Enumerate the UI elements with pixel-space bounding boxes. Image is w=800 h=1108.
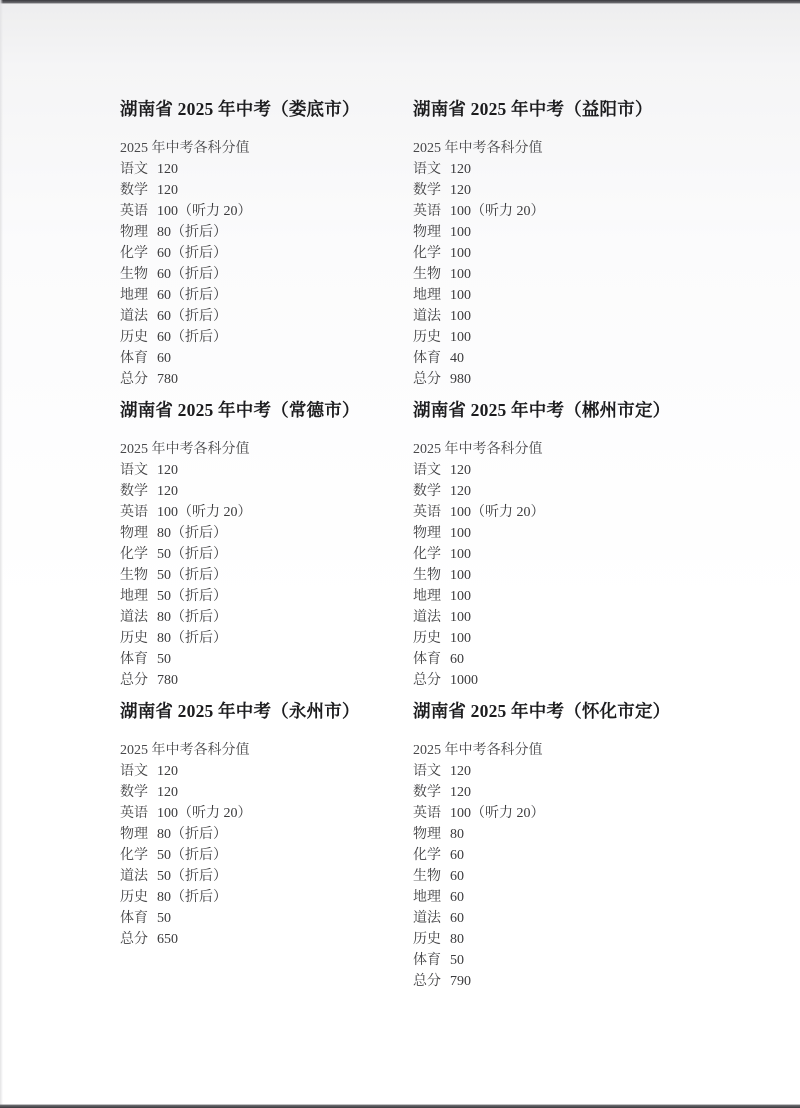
score-row: 物理100 [413, 222, 706, 243]
score-row: 历史80 [413, 929, 706, 950]
section-title: 湖南省 2025 年中考（常德市） [120, 397, 413, 422]
subject-value: 780 [157, 372, 178, 387]
photo-top-edge [0, 0, 800, 4]
subject-value: 60（折后） [157, 267, 227, 282]
subject-label: 英语 [413, 505, 441, 520]
section-subtitle: 2025 年中考各科分值 [413, 138, 706, 159]
subject-value: 100 [450, 568, 471, 583]
subject-value: 120 [450, 162, 471, 177]
section-loudi: 湖南省 2025 年中考（娄底市） 2025 年中考各科分值 语文120 数学1… [120, 96, 413, 390]
subject-label: 语文 [120, 764, 148, 779]
subject-value: 120 [157, 463, 178, 478]
subject-value: 100 [450, 225, 471, 240]
subject-label: 化学 [413, 848, 441, 863]
subject-label: 语文 [120, 162, 148, 177]
section-subtitle: 2025 年中考各科分值 [120, 138, 413, 159]
score-row: 化学60 [413, 845, 706, 866]
photo-left-edge [0, 0, 3, 1108]
subject-value: 60 [450, 890, 464, 905]
subject-value: 50（折后） [157, 869, 227, 884]
score-list: 语文120 数学120 英语100（听力 20） 物理80（折后） 化学60（折… [120, 159, 413, 390]
subject-value: 120 [157, 162, 178, 177]
score-row: 生物100 [413, 264, 706, 285]
score-row: 数学120 [120, 180, 413, 201]
score-row: 化学60（折后） [120, 243, 413, 264]
subject-value: 60 [450, 848, 464, 863]
subject-label: 物理 [413, 827, 441, 842]
score-row: 数学120 [413, 180, 706, 201]
score-row: 道法60（折后） [120, 306, 413, 327]
section-yongzhou: 湖南省 2025 年中考（永州市） 2025 年中考各科分值 语文120 数学1… [120, 698, 413, 992]
subject-label: 历史 [413, 932, 441, 947]
score-row: 物理100 [413, 523, 706, 544]
subject-label: 历史 [413, 330, 441, 345]
score-row: 历史100 [413, 628, 706, 649]
subject-label: 总分 [413, 974, 441, 989]
subject-label: 化学 [413, 547, 441, 562]
section-title: 湖南省 2025 年中考（怀化市定） [413, 698, 706, 723]
score-list: 语文120 数学120 英语100（听力 20） 物理80（折后） 化学50（折… [120, 460, 413, 691]
score-row: 地理100 [413, 285, 706, 306]
section-title: 湖南省 2025 年中考（娄底市） [120, 96, 413, 121]
subject-label: 体育 [120, 911, 148, 926]
subject-label: 道法 [413, 911, 441, 926]
score-row: 体育50 [413, 950, 706, 971]
section-huaihua: 湖南省 2025 年中考（怀化市定） 2025 年中考各科分值 语文120 数学… [413, 698, 706, 992]
subject-label: 数学 [413, 183, 441, 198]
subject-value: 80（折后） [157, 610, 227, 625]
subject-value: 80 [450, 827, 464, 842]
subject-label: 体育 [413, 953, 441, 968]
score-row: 语文120 [413, 159, 706, 180]
subject-value: 100 [450, 610, 471, 625]
subject-label: 英语 [120, 806, 148, 821]
score-row: 体育60 [413, 649, 706, 670]
subject-label: 历史 [120, 330, 148, 345]
score-row: 英语100（听力 20） [413, 803, 706, 824]
subject-value: 120 [450, 785, 471, 800]
score-row: 语文120 [413, 460, 706, 481]
score-row: 历史80（折后） [120, 628, 413, 649]
score-row: 道法100 [413, 607, 706, 628]
section-subtitle: 2025 年中考各科分值 [413, 740, 706, 761]
subject-label: 地理 [120, 288, 148, 303]
section-subtitle: 2025 年中考各科分值 [120, 439, 413, 460]
subject-label: 体育 [413, 652, 441, 667]
subject-value: 60 [157, 351, 171, 366]
score-row: 物理80 [413, 824, 706, 845]
subject-value: 120 [450, 764, 471, 779]
score-row: 总分780 [120, 670, 413, 691]
subject-label: 总分 [120, 673, 148, 688]
subject-label: 道法 [413, 610, 441, 625]
subject-label: 道法 [120, 869, 148, 884]
score-row: 总分790 [413, 971, 706, 992]
subject-value: 80（折后） [157, 225, 227, 240]
subject-value: 790 [450, 974, 471, 989]
subject-value: 120 [450, 183, 471, 198]
subject-value: 80（折后） [157, 526, 227, 541]
section-title: 湖南省 2025 年中考（益阳市） [413, 96, 706, 121]
subject-value: 1000 [450, 673, 478, 688]
subject-value: 120 [157, 764, 178, 779]
subject-label: 生物 [413, 267, 441, 282]
score-list: 语文120 数学120 英语100（听力 20） 物理80 化学60 生物60 … [413, 761, 706, 992]
subject-label: 道法 [120, 309, 148, 324]
subject-value: 80（折后） [157, 827, 227, 842]
score-row: 数学120 [413, 782, 706, 803]
score-row: 英语100（听力 20） [120, 803, 413, 824]
subject-label: 历史 [120, 890, 148, 905]
subject-label: 物理 [120, 526, 148, 541]
section-title: 湖南省 2025 年中考（郴州市定） [413, 397, 706, 422]
score-row: 道法100 [413, 306, 706, 327]
subject-value: 100 [450, 631, 471, 646]
score-row: 英语100（听力 20） [120, 201, 413, 222]
section-subtitle: 2025 年中考各科分值 [413, 439, 706, 460]
score-row: 生物60 [413, 866, 706, 887]
subject-label: 数学 [120, 785, 148, 800]
score-row: 地理50（折后） [120, 586, 413, 607]
score-tables-grid: 湖南省 2025 年中考（娄底市） 2025 年中考各科分值 语文120 数学1… [120, 96, 706, 992]
score-row: 数学120 [120, 782, 413, 803]
subject-label: 地理 [413, 288, 441, 303]
subject-value: 100 [450, 288, 471, 303]
subject-value: 80 [450, 932, 464, 947]
subject-label: 历史 [120, 631, 148, 646]
subject-label: 生物 [413, 568, 441, 583]
subject-value: 120 [450, 463, 471, 478]
subject-label: 化学 [120, 547, 148, 562]
subject-value: 100 [450, 267, 471, 282]
subject-label: 生物 [413, 869, 441, 884]
subject-label: 数学 [413, 785, 441, 800]
score-row: 历史100 [413, 327, 706, 348]
score-row: 地理60 [413, 887, 706, 908]
subject-label: 数学 [120, 484, 148, 499]
subject-value: 100（听力 20） [450, 806, 545, 821]
subject-value: 60（折后） [157, 309, 227, 324]
score-row: 历史60（折后） [120, 327, 413, 348]
score-row: 地理60（折后） [120, 285, 413, 306]
subject-value: 650 [157, 932, 178, 947]
score-row: 英语100（听力 20） [120, 502, 413, 523]
score-row: 体育40 [413, 348, 706, 369]
subject-label: 总分 [120, 932, 148, 947]
subject-label: 语文 [413, 463, 441, 478]
score-row: 化学100 [413, 544, 706, 565]
score-row: 生物60（折后） [120, 264, 413, 285]
subject-value: 50（折后） [157, 848, 227, 863]
subject-value: 100 [450, 589, 471, 604]
subject-label: 英语 [413, 204, 441, 219]
subject-label: 语文 [413, 162, 441, 177]
subject-label: 总分 [413, 673, 441, 688]
score-row: 语文120 [120, 761, 413, 782]
section-yiyang: 湖南省 2025 年中考（益阳市） 2025 年中考各科分值 语文120 数学1… [413, 96, 706, 390]
subject-label: 体育 [413, 351, 441, 366]
subject-value: 40 [450, 351, 464, 366]
subject-label: 语文 [120, 463, 148, 478]
score-row: 化学50（折后） [120, 544, 413, 565]
score-row: 道法50（折后） [120, 866, 413, 887]
subject-value: 100 [450, 246, 471, 261]
subject-label: 英语 [120, 204, 148, 219]
subject-value: 60（折后） [157, 288, 227, 303]
subject-label: 历史 [413, 631, 441, 646]
subject-value: 100（听力 20） [157, 505, 252, 520]
subject-value: 100（听力 20） [450, 204, 545, 219]
subject-value: 50（折后） [157, 568, 227, 583]
subject-value: 120 [157, 785, 178, 800]
score-row: 物理80（折后） [120, 523, 413, 544]
subject-label: 化学 [413, 246, 441, 261]
subject-label: 地理 [413, 890, 441, 905]
score-row: 总分780 [120, 369, 413, 390]
subject-value: 100（听力 20） [157, 204, 252, 219]
photo-bottom-edge [0, 1104, 800, 1108]
score-row: 数学120 [120, 481, 413, 502]
subject-label: 物理 [120, 827, 148, 842]
score-row: 生物100 [413, 565, 706, 586]
subject-label: 化学 [120, 848, 148, 863]
score-row: 总分1000 [413, 670, 706, 691]
score-row: 道法80（折后） [120, 607, 413, 628]
score-row: 语文120 [413, 761, 706, 782]
score-row: 化学100 [413, 243, 706, 264]
score-row: 历史80（折后） [120, 887, 413, 908]
score-row: 体育50 [120, 908, 413, 929]
subject-value: 980 [450, 372, 471, 387]
subject-label: 生物 [120, 568, 148, 583]
subject-value: 100 [450, 547, 471, 562]
score-row: 体育60 [120, 348, 413, 369]
subject-label: 语文 [413, 764, 441, 779]
subject-value: 100（听力 20） [157, 806, 252, 821]
subject-value: 80（折后） [157, 631, 227, 646]
subject-value: 50 [450, 953, 464, 968]
subject-label: 物理 [120, 225, 148, 240]
section-changde: 湖南省 2025 年中考（常德市） 2025 年中考各科分值 语文120 数学1… [120, 397, 413, 691]
subject-label: 数学 [120, 183, 148, 198]
subject-value: 80（折后） [157, 890, 227, 905]
subject-value: 120 [450, 484, 471, 499]
subject-value: 100 [450, 526, 471, 541]
subject-value: 780 [157, 673, 178, 688]
subject-value: 50（折后） [157, 589, 227, 604]
subject-value: 60 [450, 652, 464, 667]
score-row: 总分980 [413, 369, 706, 390]
score-list: 语文120 数学120 英语100（听力 20） 物理80（折后） 化学50（折… [120, 761, 413, 950]
subject-label: 物理 [413, 526, 441, 541]
subject-value: 50 [157, 652, 171, 667]
score-row: 英语100（听力 20） [413, 502, 706, 523]
subject-label: 地理 [413, 589, 441, 604]
subject-label: 总分 [413, 372, 441, 387]
subject-value: 60（折后） [157, 330, 227, 345]
section-subtitle: 2025 年中考各科分值 [120, 740, 413, 761]
subject-label: 总分 [120, 372, 148, 387]
subject-label: 数学 [413, 484, 441, 499]
score-row: 物理80（折后） [120, 222, 413, 243]
score-row: 道法60 [413, 908, 706, 929]
subject-label: 化学 [120, 246, 148, 261]
score-list: 语文120 数学120 英语100（听力 20） 物理100 化学100 生物1… [413, 159, 706, 390]
subject-value: 100 [450, 330, 471, 345]
section-title: 湖南省 2025 年中考（永州市） [120, 698, 413, 723]
subject-value: 50 [157, 911, 171, 926]
subject-value: 100（听力 20） [450, 505, 545, 520]
section-chenzhou: 湖南省 2025 年中考（郴州市定） 2025 年中考各科分值 语文120 数学… [413, 397, 706, 691]
subject-value: 120 [157, 183, 178, 198]
score-list: 语文120 数学120 英语100（听力 20） 物理100 化学100 生物1… [413, 460, 706, 691]
score-row: 生物50（折后） [120, 565, 413, 586]
subject-value: 120 [157, 484, 178, 499]
score-row: 体育50 [120, 649, 413, 670]
document-page: { "colors": { "title_text": "#1c1c1e", "… [0, 0, 800, 1108]
score-row: 数学120 [413, 481, 706, 502]
subject-label: 道法 [413, 309, 441, 324]
subject-value: 60 [450, 911, 464, 926]
subject-value: 50（折后） [157, 547, 227, 562]
subject-label: 体育 [120, 652, 148, 667]
subject-value: 60（折后） [157, 246, 227, 261]
score-row: 总分650 [120, 929, 413, 950]
subject-value: 100 [450, 309, 471, 324]
score-row: 化学50（折后） [120, 845, 413, 866]
score-row: 语文120 [120, 460, 413, 481]
subject-label: 体育 [120, 351, 148, 366]
score-row: 英语100（听力 20） [413, 201, 706, 222]
subject-label: 物理 [413, 225, 441, 240]
subject-label: 英语 [120, 505, 148, 520]
photographed-document: 湖南省 2025 年中考（娄底市） 2025 年中考各科分值 语文120 数学1… [0, 0, 800, 1108]
subject-label: 英语 [413, 806, 441, 821]
subject-label: 地理 [120, 589, 148, 604]
score-row: 语文120 [120, 159, 413, 180]
score-row: 地理100 [413, 586, 706, 607]
score-row: 物理80（折后） [120, 824, 413, 845]
subject-label: 生物 [120, 267, 148, 282]
subject-value: 60 [450, 869, 464, 884]
subject-label: 道法 [120, 610, 148, 625]
